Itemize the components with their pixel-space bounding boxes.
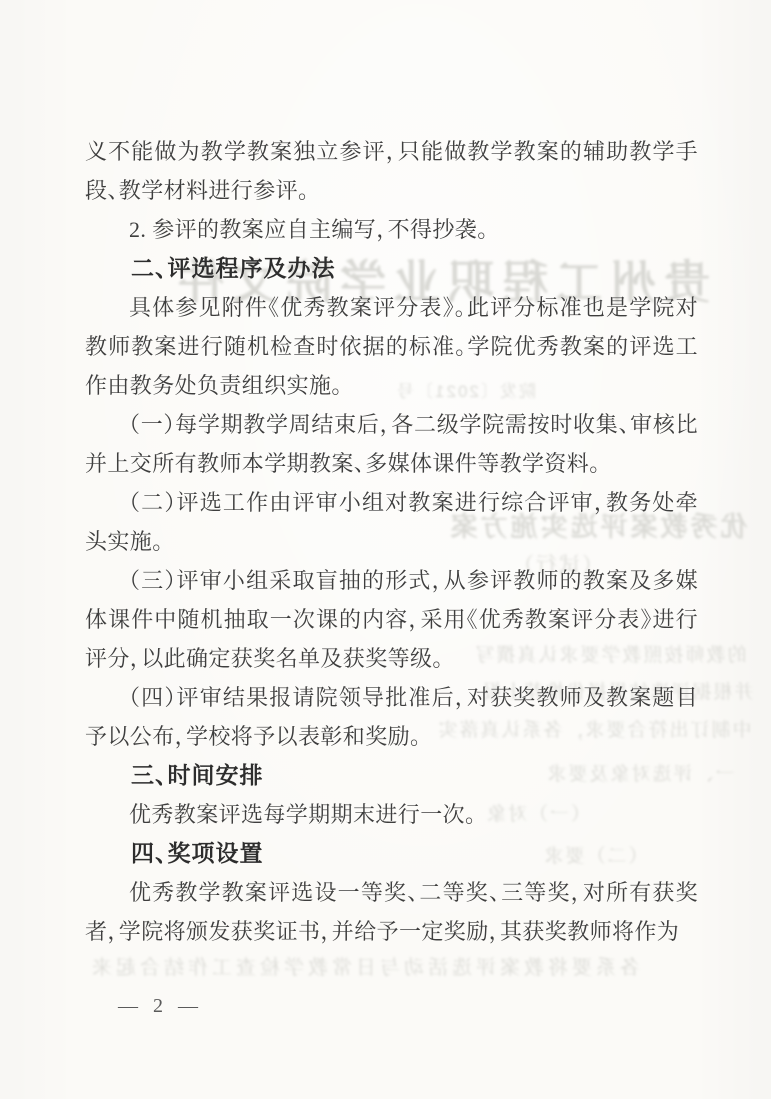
paragraph: 具体参见附件《优秀教案评分表》。此评分标准也是学院对教师教案进行随机检查时依据的… [85, 288, 698, 405]
paragraph: 义不能做为教学教案独立参评，只能做教学教案的辅助教学手段、教学材料进行参评。 [85, 132, 698, 210]
showthrough-text-line: 各系要将教案评选活动与日常教学检查工作结合起来 [80, 951, 648, 980]
paragraph: （二）评选工作由评审小组对教案进行综合评审，教务处牵头实施。 [85, 483, 698, 561]
paragraph: （四）评审结果报请院领导批准后，对获奖教师及教案题目予以公布，学校将予以表彰和奖… [85, 678, 698, 756]
paragraph: （一）每学期教学周结束后，各二级学院需按时收集、审核比并上交所有教师本学期教案、… [85, 405, 698, 483]
paragraph: 2. 参评的教案应自主编写，不得抄袭。 [85, 210, 698, 249]
paragraph: 优秀教案评选每学期期末进行一次。 [85, 795, 698, 834]
section-heading: 二、评选程序及办法 [85, 249, 698, 288]
document-body: 义不能做为教学教案独立参评，只能做教学教案的辅助教学手段、教学材料进行参评。2.… [85, 132, 698, 951]
paragraph: 优秀教学教案评选设一等奖、二等奖、三等奖，对所有获奖者，学院将颁发获奖证书，并给… [85, 873, 698, 951]
section-heading: 四、奖项设置 [85, 834, 698, 873]
page-number: — 2 — [118, 995, 203, 1018]
paragraph: （三）评审小组采取盲抽的形式，从参评教师的教案及多媒体课件中随机抽取一次课的内容… [85, 561, 698, 678]
section-heading: 三、时间安排 [85, 756, 698, 795]
scanned-page: 贵州工程职业学院文件 院发〔2021〕号 优秀教案评选实施方案 （试行） 的教师… [0, 0, 771, 1099]
